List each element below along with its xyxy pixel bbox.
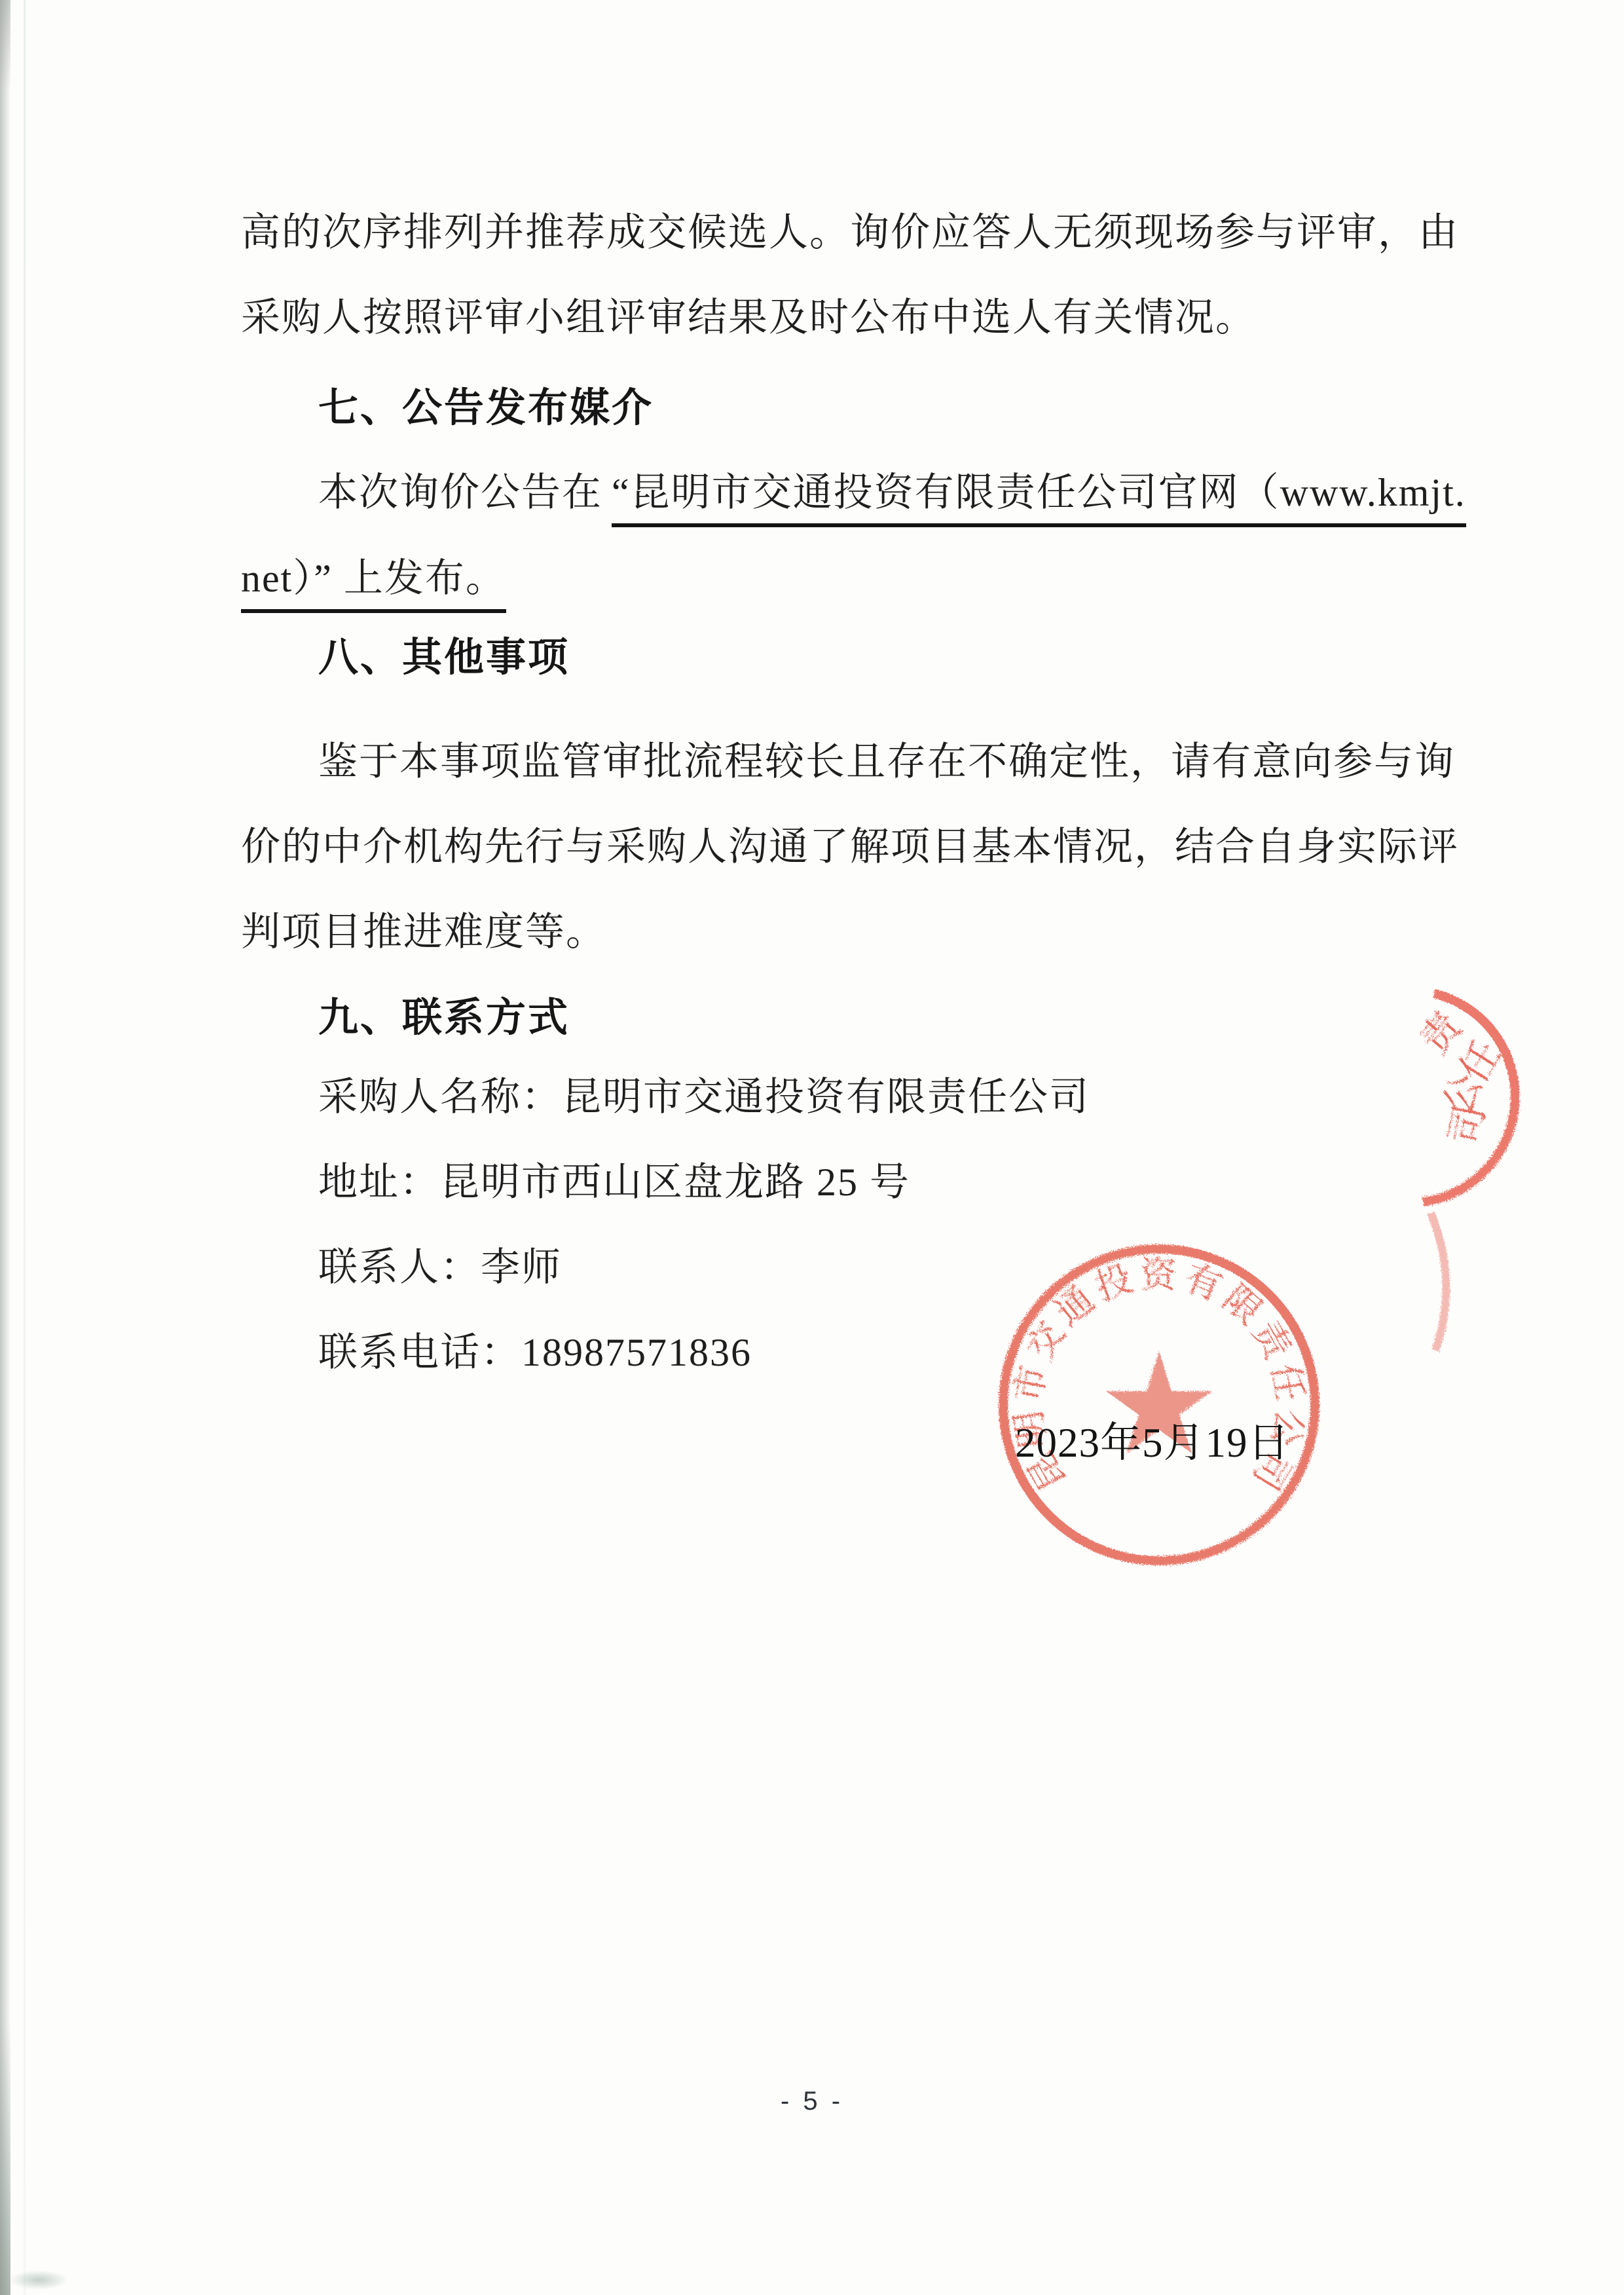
partial-seal: 责 任 公 司 [1412,994,1515,1351]
document-date: 2023年5月19日 [1015,1423,1290,1464]
company-seal: 昆明市交通投资有限责任公司 [1003,1249,1315,1561]
stamp-layer: 昆明市交通投资有限责任公司 责 任 公 司 [0,0,1624,2295]
partial-seal-arc-lower [1431,1213,1446,1351]
partial-seal-char: 司 [1442,1101,1492,1148]
